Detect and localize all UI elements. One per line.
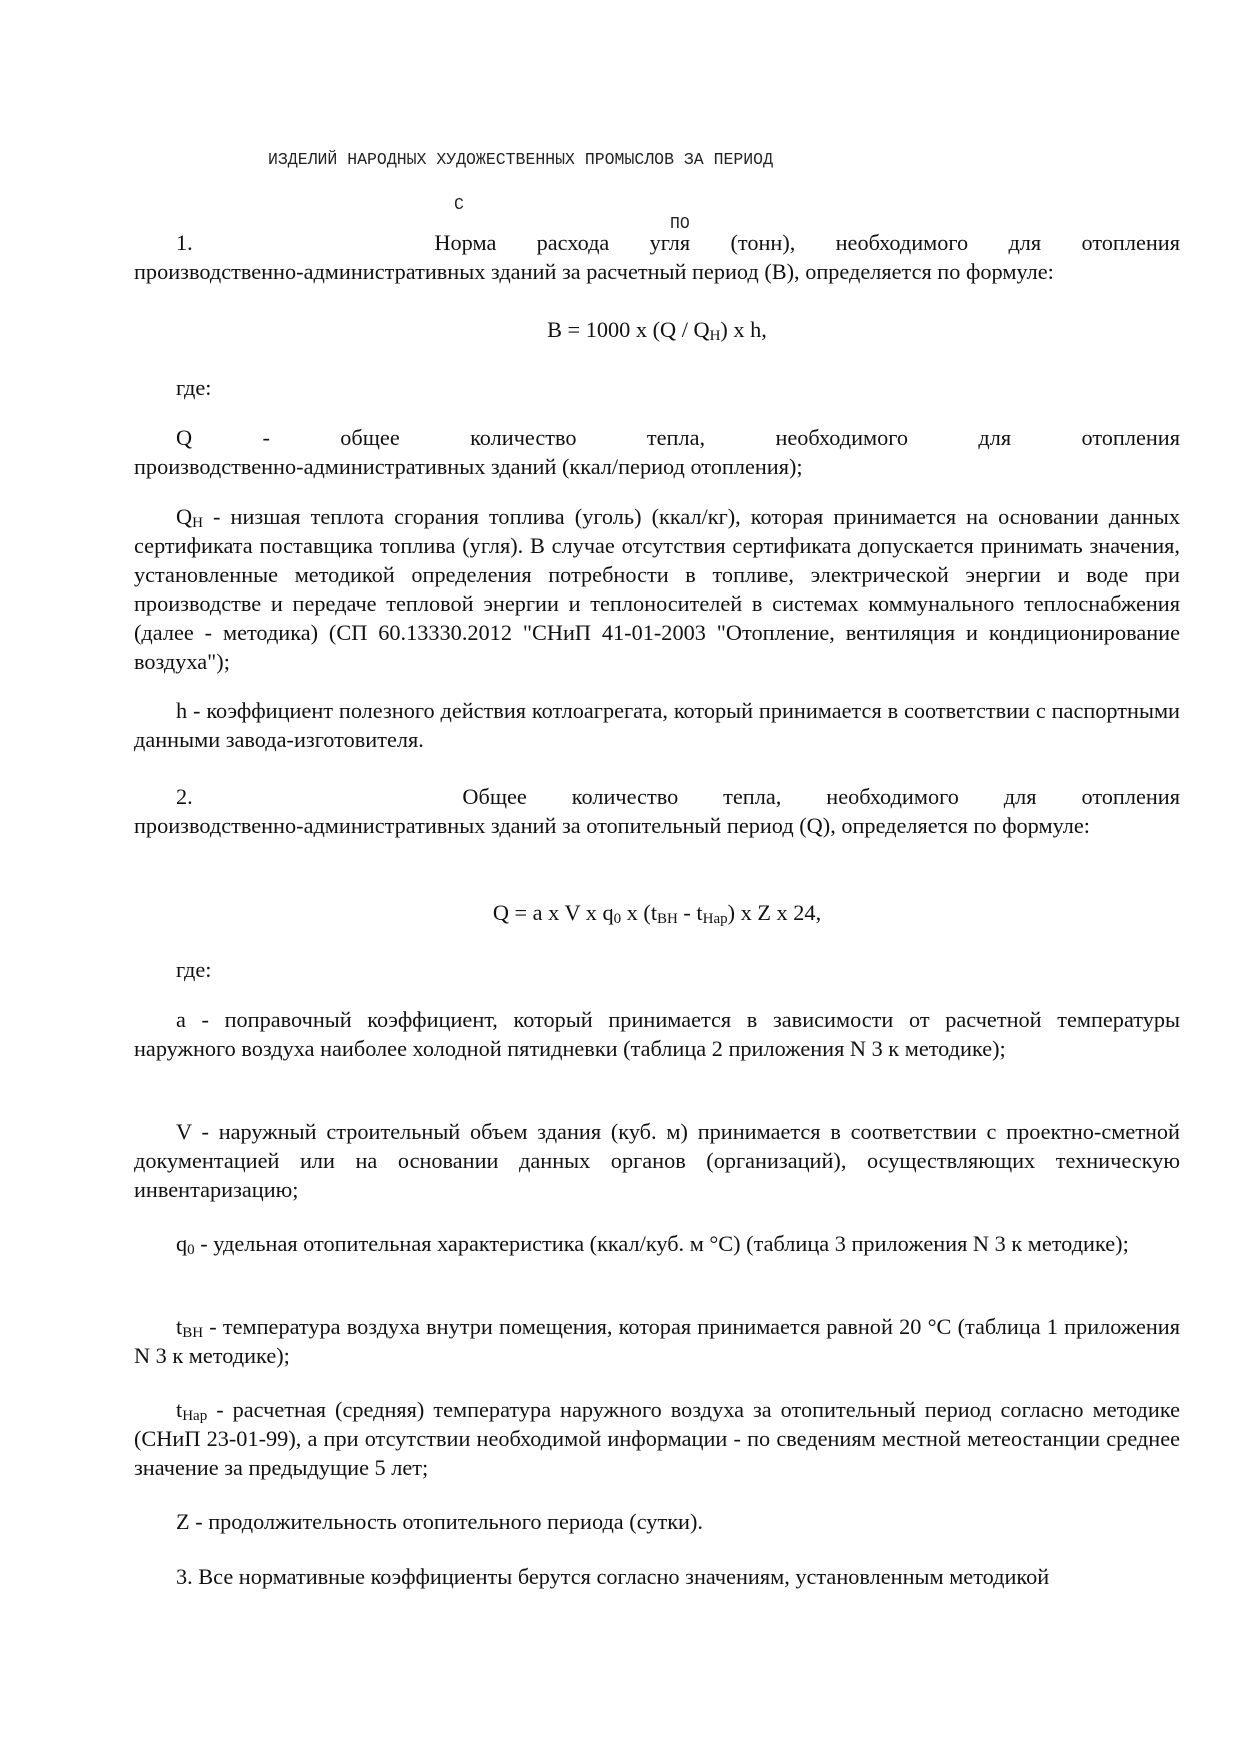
formula-q: Q = a x V x q0 x (tВН - tНар) x Z x 24, <box>134 898 1180 927</box>
h-definition: h - коэффициент полезного действия котло… <box>134 696 1180 754</box>
qn-definition: QН - низшая теплота сгорания топлива (уг… <box>134 502 1180 676</box>
q0-definition: q0 - удельная отопительная характеристик… <box>134 1229 1180 1258</box>
heading-line-1: ИЗДЕЛИЙ НАРОДНЫХ ХУДОЖЕСТВЕННЫХ ПРОМЫСЛО… <box>268 150 1240 169</box>
v-definition: V - наружный строительный объем здания (… <box>134 1117 1180 1204</box>
document-page: ИЗДЕЛИЙ НАРОДНЫХ ХУДОЖЕСТВЕННЫХ ПРОМЫСЛО… <box>0 0 1240 1754</box>
section-1-line-1: 1. Норма расхода угля (тонн), необходимо… <box>134 228 1180 257</box>
where-label-2: где: <box>134 955 1180 984</box>
where-label-1: где: <box>134 373 1180 402</box>
section-3-text: 3. Все нормативные коэффициенты берутся … <box>134 1562 1180 1591</box>
tvn-definition: tВН - температура воздуха внутри помещен… <box>134 1312 1180 1370</box>
tnar-definition: tНар - расчетная (средняя) температура н… <box>134 1395 1180 1482</box>
a-definition: a - поправочный коэффициент, который при… <box>134 1005 1180 1063</box>
q-definition-line-2: производственно-административных зданий … <box>134 452 1180 481</box>
section-2-line-1: 2. Общее количество тепла, необходимого … <box>134 782 1180 811</box>
q-definition-line-1: Q - общее количество тепла, необходимого… <box>134 423 1180 452</box>
section-2-line-2: производственно-административных зданий … <box>134 811 1180 840</box>
section-1-line-2: производственно-административных зданий … <box>134 257 1180 286</box>
period-from-label: С <box>454 195 464 214</box>
z-definition: Z - продолжительность отопительного пери… <box>134 1507 1180 1536</box>
formula-b: B = 1000 x (Q / QН) x h, <box>134 315 1180 344</box>
